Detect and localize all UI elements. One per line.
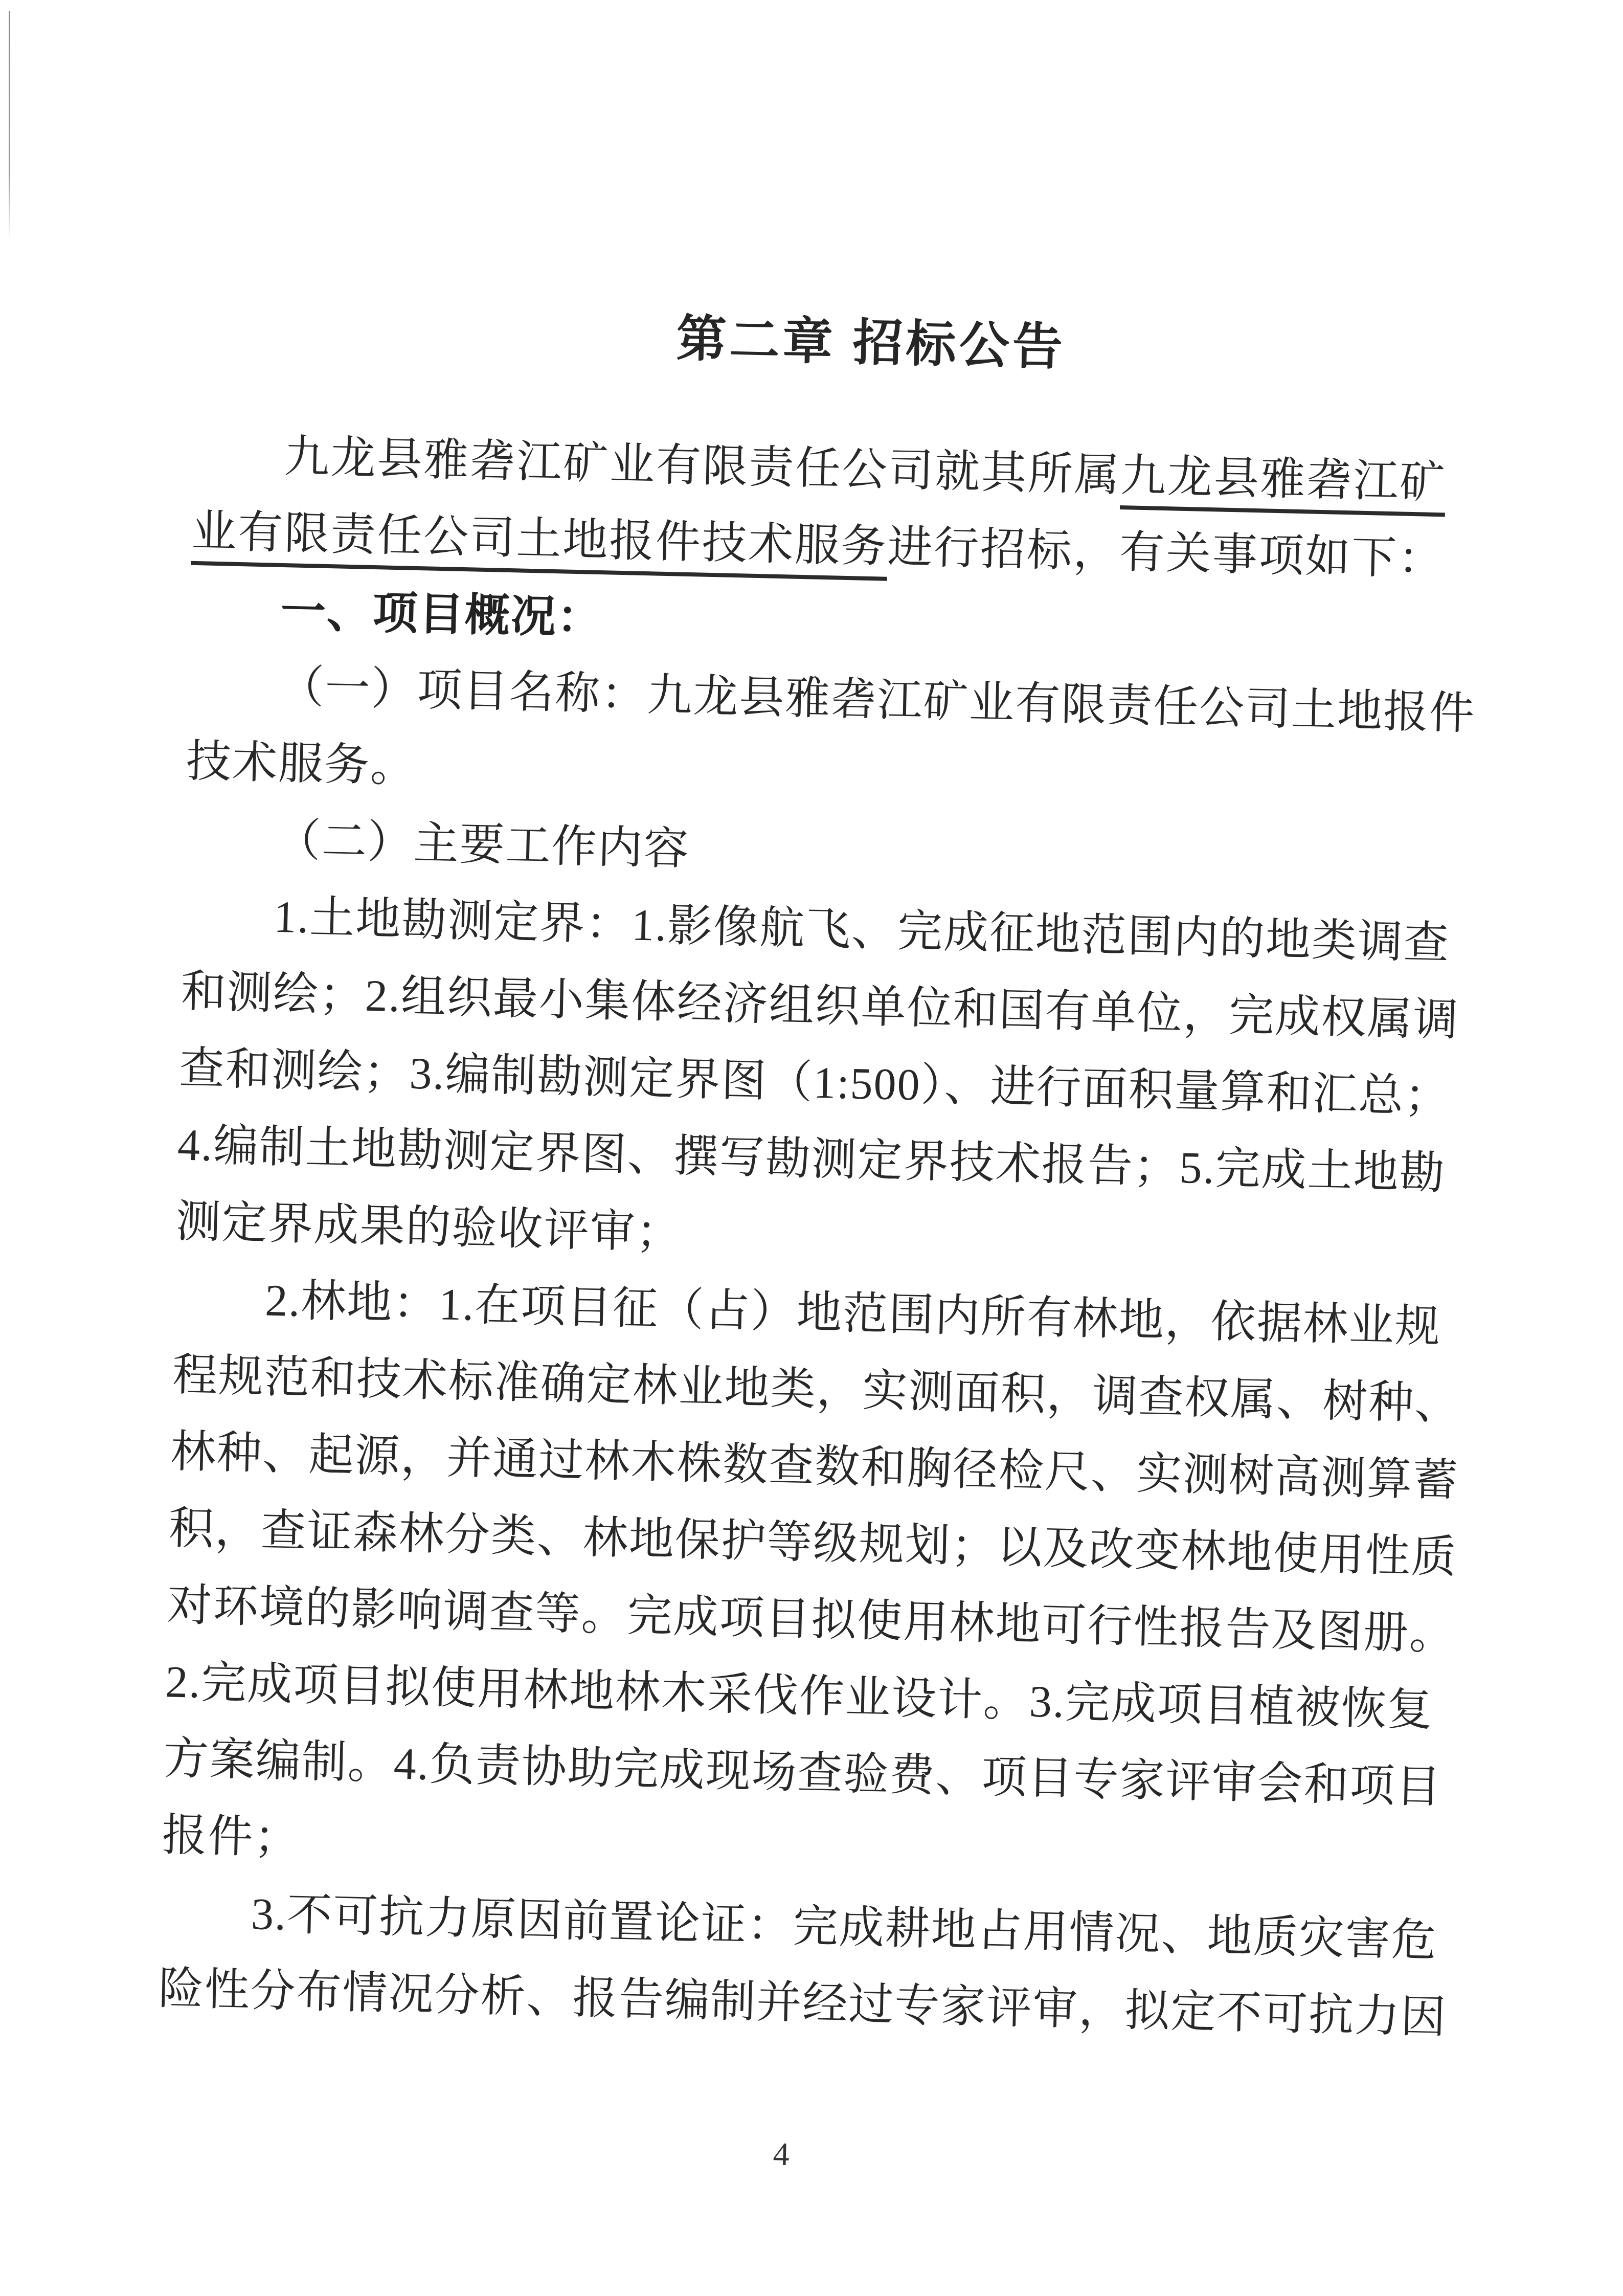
text-segment: 4.编制土地勘测定界图、撰写勘测定界技术报告；5.完成土地勘: [177, 1121, 1446, 1199]
text-segment: 2.完成项目拟使用林地林木采伐作业设计。3.完成项目植被恢复: [165, 1657, 1434, 1735]
text-segment: 对环境的影响调查等。完成项目拟使用林地可行性报告及图册。: [167, 1580, 1456, 1659]
scan-edge-artifact: [9, 11, 10, 241]
text-segment: 1.土地勘测定界：1.影像航飞、完成征地范围内的地类调查: [273, 893, 1450, 969]
text-segment: 2.林地：1.在项目征（占）地范围内所有林地，依据林业规: [264, 1276, 1441, 1352]
text-segment: 3.不可抗力原因前置论证：完成耕地占用情况、地质灾害危: [251, 1889, 1438, 1966]
scan-content-block: 第二章 招标公告 九龙县雅砻江矿业有限责任公司就其所属九龙县雅砻江矿业有限责任公…: [154, 294, 1449, 2207]
text-segment: 报件；: [162, 1811, 301, 1863]
text-segment: 积，查证森林分类、林地保护等级规划；以及改变林地使用性质: [168, 1504, 1458, 1582]
text-segment: 测定界成果的验收评审；: [175, 1197, 683, 1258]
text-segment: 进行招标，有关事项如下：: [887, 523, 1445, 585]
text-segment: （二）主要工作内容: [275, 816, 690, 875]
text-segment: 险性分布情况分析、报告编制并经过专家评审，拟定不可抗力因: [158, 1964, 1448, 2043]
page-number: 4: [154, 2102, 1408, 2207]
document-page: 第二章 招标公告 九龙县雅砻江矿业有限责任公司就其所属九龙县雅砻江矿业有限责任公…: [0, 0, 1623, 2296]
underlined-text: 九龙县雅砻江矿: [1120, 451, 1446, 517]
text-segment: 和测绘；2.组织最小集体经济组织单位和国有单位，完成权属调: [181, 967, 1460, 1046]
text-segment: 程规范和技术标准确定林业地类，实测面积，调查权属、树种、: [172, 1350, 1461, 1429]
text-segment: 方案编制。4.负责协助完成现场查验费、项目专家评审会和项目: [163, 1734, 1442, 1813]
text-segment: （一）项目名称：九龙县雅砻江矿业有限责任公司土地报件: [279, 662, 1476, 739]
underlined-text: 业有限责任公司土地报件技术服务: [191, 507, 888, 581]
text-segment: 林种、起源，并通过林木株数查数和胸径检尺、实测树高测算蓄: [170, 1427, 1460, 1506]
text-segment: 一、项目概况：: [280, 585, 603, 643]
chapter-title: 第二章 招标公告: [244, 295, 1498, 390]
text-segment: 九龙县雅砻江矿业有限责任公司就其所属: [284, 432, 1121, 501]
text-segment: 查和测绘；3.编制勘测定界图（1:500）、进行面积量算和汇总；: [179, 1044, 1451, 1122]
text-segment: 技术服务。: [186, 737, 417, 792]
document-body: 九龙县雅砻江矿业有限责任公司就其所属九龙县雅砻江矿业有限责任公司土地报件技术服务…: [157, 417, 1447, 2056]
